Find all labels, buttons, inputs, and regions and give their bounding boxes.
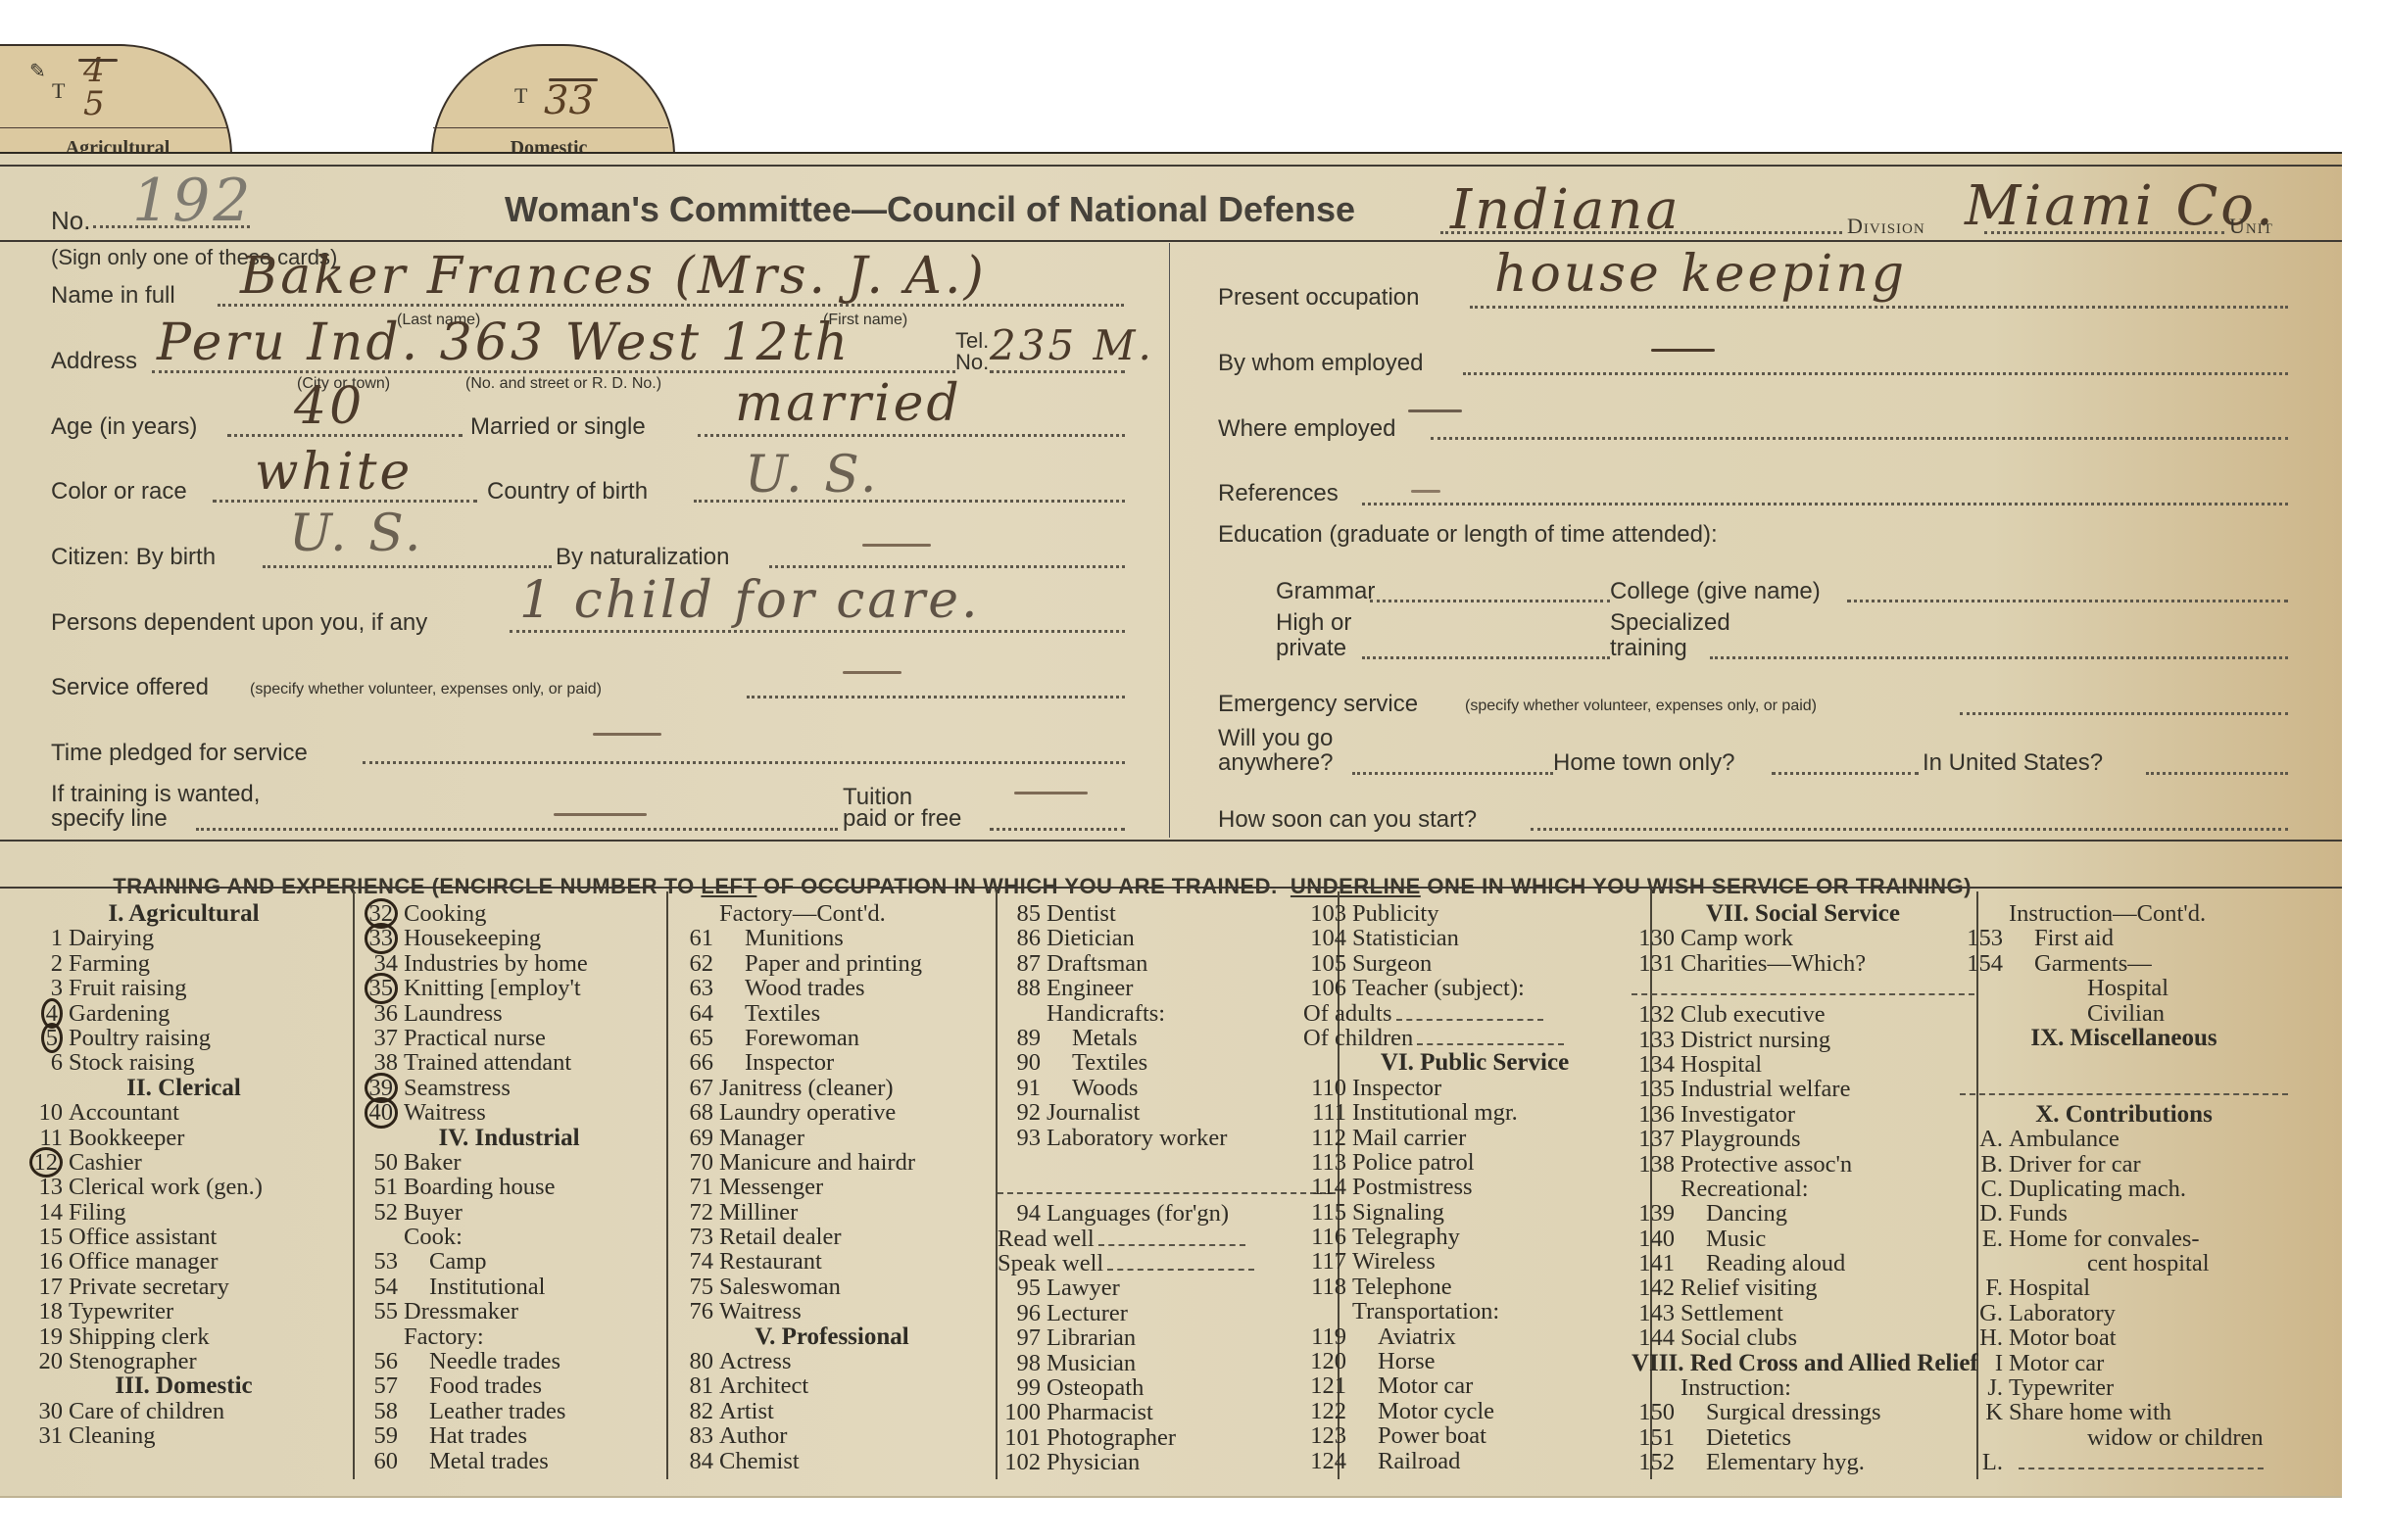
occupation-item[interactable]: 58Leather trades — [355, 1399, 663, 1423]
occupation-item[interactable]: 34Industries by home — [355, 951, 663, 976]
occupation-item[interactable]: 111Institutional mgr. — [1303, 1100, 1646, 1125]
occupation-number[interactable]: 10 — [20, 1100, 63, 1125]
occupation-number[interactable]: 141 — [1632, 1251, 1675, 1275]
age-value[interactable]: 40 — [294, 377, 365, 436]
occupation-item[interactable]: 80Actress — [670, 1349, 994, 1373]
occupation-number[interactable]: 106 — [1303, 976, 1346, 1000]
occupation-item[interactable]: 140Music — [1632, 1227, 1974, 1251]
occupation-number[interactable]: 138 — [1632, 1152, 1675, 1177]
occupation-item[interactable]: 151Dietetics — [1632, 1425, 1974, 1450]
occupation-item[interactable]: F.Hospital — [1960, 1275, 2288, 1300]
occupation-number-circled[interactable]: 5 — [20, 1026, 63, 1050]
occupation-number[interactable]: 76 — [670, 1299, 713, 1323]
occupation-label: Stenographer — [69, 1348, 197, 1374]
occupation-label: Music — [1681, 1226, 1766, 1252]
occupation-number[interactable]: 100 — [998, 1400, 1041, 1424]
occupation-number[interactable]: 59 — [355, 1423, 398, 1448]
occupation-value[interactable]: house keeping — [1494, 245, 1907, 304]
occupation-item[interactable]: 123Power boat — [1303, 1423, 1646, 1448]
occupation-item[interactable]: 83Author — [670, 1423, 994, 1448]
occupation-number[interactable]: 113 — [1303, 1150, 1346, 1175]
occupation-item[interactable]: 82Artist — [670, 1399, 994, 1423]
occupation-label: Leather trades — [404, 1398, 565, 1424]
country-value[interactable]: U. S. — [745, 446, 879, 505]
occupation-item[interactable]: 150Surgical dressings — [1632, 1400, 1974, 1424]
occupation-item[interactable]: 66Inspector — [670, 1050, 994, 1075]
occupation-item[interactable]: 67Janitress (cleaner) — [670, 1076, 994, 1100]
occupation-number-text: 19 — [39, 1323, 64, 1350]
occupation-item[interactable]: 11Bookkeeper — [20, 1126, 348, 1150]
occupation-number[interactable]: 99 — [998, 1375, 1041, 1400]
occupation-number[interactable]: 85 — [998, 901, 1041, 926]
occupation-number[interactable]: 72 — [670, 1200, 713, 1225]
occupation-item[interactable]: A.Ambulance — [1960, 1127, 2288, 1151]
occupation-number[interactable]: G. — [1960, 1301, 2003, 1325]
occupation-number[interactable]: 90 — [998, 1050, 1041, 1075]
occupation-number[interactable]: 103 — [1303, 901, 1346, 926]
occupation-item[interactable]: 118Telephone — [1303, 1275, 1646, 1299]
occupation-item[interactable]: 144Social clubs — [1632, 1325, 1974, 1350]
occupation-number[interactable]: K — [1960, 1400, 2003, 1424]
occupation-number[interactable]: 58 — [355, 1399, 398, 1423]
occupation-item[interactable]: 2Farming — [20, 951, 348, 976]
occupation-number[interactable]: 131 — [1632, 951, 1675, 976]
occupation-number[interactable]: 136 — [1632, 1102, 1675, 1127]
occupation-number[interactable]: 134 — [1632, 1052, 1675, 1077]
occupation-item[interactable]: 51Boarding house — [355, 1175, 663, 1199]
occupation-number[interactable]: 95 — [998, 1275, 1041, 1300]
occupation-item[interactable]: 133District nursing — [1632, 1028, 1974, 1052]
occupation-item[interactable]: 89Metals — [998, 1026, 1336, 1050]
occupation-item[interactable]: 13Clerical work (gen.) — [20, 1175, 348, 1199]
occupation-item[interactable]: 110Inspector — [1303, 1076, 1646, 1100]
occupation-number[interactable]: 139 — [1632, 1201, 1675, 1226]
occupation-number[interactable]: 74 — [670, 1249, 713, 1274]
occupation-number[interactable]: 87 — [998, 951, 1041, 976]
occupation-number[interactable]: 60 — [355, 1449, 398, 1473]
occupation-number[interactable]: 63 — [670, 976, 713, 1000]
occupation-number[interactable]: 88 — [998, 976, 1041, 1000]
occupation-item[interactable]: 153First aid — [1960, 926, 2288, 950]
occupation-item[interactable]: 152Elementary hyg. — [1632, 1450, 1974, 1474]
occupation-number[interactable]: 93 — [998, 1126, 1041, 1150]
occupation-item[interactable]: 30Care of children — [20, 1399, 348, 1423]
occupation-item[interactable]: 40Waitress — [355, 1100, 663, 1125]
occupation-number[interactable]: A. — [1960, 1127, 2003, 1151]
fill-in-blank[interactable] — [1396, 1019, 1543, 1021]
occupation-number[interactable]: 6 — [20, 1050, 63, 1075]
fill-in-line[interactable]: Of adults — [1303, 1001, 1646, 1026]
occupation-item[interactable]: 10Accountant — [20, 1100, 348, 1125]
occupation-number[interactable]: 80 — [670, 1349, 713, 1373]
occupation-number[interactable]: 11 — [20, 1126, 63, 1150]
fill-in-line[interactable]: Speak well — [998, 1251, 1336, 1275]
occupation-number-circled[interactable]: 39 — [355, 1076, 398, 1100]
occupation-number[interactable]: 89 — [998, 1026, 1041, 1050]
occupation-item[interactable]: 64Textiles — [670, 1001, 994, 1026]
occupation-number[interactable]: D. — [1960, 1201, 2003, 1226]
occupation-item[interactable]: 5Poultry raising — [20, 1026, 348, 1050]
occupation-number[interactable]: 3 — [20, 976, 63, 1000]
occupation-item[interactable]: 39Seamstress — [355, 1076, 663, 1100]
fill-in-blank[interactable] — [1098, 1244, 1245, 1246]
occupation-number[interactable]: 54 — [355, 1275, 398, 1299]
occupation-number-circled[interactable]: 4 — [20, 1001, 63, 1026]
street-caption: (No. and street or R. D. No.) — [465, 375, 661, 393]
occupation-number[interactable]: 91 — [998, 1076, 1041, 1100]
occupation-number[interactable]: 56 — [355, 1349, 398, 1373]
occupation-item[interactable]: 15Office assistant — [20, 1225, 348, 1249]
tab-agricultural-mark: ✎ — [29, 59, 46, 82]
occupation-number-text: F. — [1985, 1275, 2003, 1301]
occupation-item[interactable]: 139Dancing — [1632, 1201, 1974, 1226]
occupation-number[interactable]: 132 — [1632, 1002, 1675, 1027]
fill-in-blank[interactable] — [1107, 1269, 1254, 1271]
occupation-number[interactable]: 121 — [1303, 1373, 1346, 1398]
occupation-item[interactable]: 92Journalist — [998, 1100, 1336, 1125]
occupation-number[interactable]: 105 — [1303, 951, 1346, 976]
occupation-number-text: 98 — [1017, 1350, 1042, 1376]
occupation-label: Share home with — [2009, 1399, 2171, 1425]
occupation-item[interactable]: 38Trained attendant — [355, 1050, 663, 1075]
occupation-number-text: 124 — [1310, 1448, 1346, 1474]
occupation-number[interactable]: 96 — [998, 1301, 1041, 1325]
occupation-number-text: 69 — [690, 1125, 714, 1151]
occupation-number[interactable]: 50 — [355, 1150, 398, 1175]
occupation-number[interactable]: L. — [1960, 1450, 2003, 1474]
address-value[interactable]: Peru Ind. 363 West 12th — [157, 313, 851, 372]
occupation-number[interactable]: 53 — [355, 1249, 398, 1274]
occupation-number[interactable]: 153 — [1960, 926, 2003, 950]
occupation-number[interactable]: 144 — [1632, 1325, 1675, 1350]
occupation-item[interactable]: 53Camp — [355, 1249, 663, 1274]
occupation-item[interactable]: 1Dairying — [20, 926, 348, 950]
occupation-number[interactable]: 152 — [1632, 1450, 1675, 1474]
occupation-item[interactable]: 143Settlement — [1632, 1301, 1974, 1325]
occupation-item[interactable]: 52Buyer — [355, 1200, 663, 1225]
occupation-item[interactable]: 59Hat trades — [355, 1423, 663, 1448]
occupation-item[interactable]: 55Dressmaker — [355, 1299, 663, 1323]
occupation-number[interactable]: 92 — [998, 1100, 1041, 1125]
occupation-number[interactable]: 61 — [670, 926, 713, 950]
occupation-item[interactable]: 94Languages (for'gn) — [998, 1201, 1336, 1226]
occupation-item[interactable]: 84Chemist — [670, 1449, 994, 1473]
occupation-number[interactable]: 73 — [670, 1225, 713, 1249]
occupation-number[interactable]: 19 — [20, 1324, 63, 1349]
occupation-item[interactable]: 6Stock raising — [20, 1050, 348, 1075]
tab-rule — [433, 127, 668, 128]
occupation-item[interactable]: 132Club executive — [1632, 1002, 1974, 1027]
occupation-item[interactable]: 72Milliner — [670, 1200, 994, 1225]
occupation-item[interactable]: 105Surgeon — [1303, 951, 1646, 976]
occupation-number[interactable]: 104 — [1303, 926, 1346, 950]
occupation-label: Osteopath — [1047, 1374, 1144, 1401]
occupation-number[interactable]: 86 — [998, 926, 1041, 950]
occupation-number[interactable]: 97 — [998, 1325, 1041, 1350]
occupation-number[interactable]: 118 — [1303, 1275, 1346, 1299]
occupation-number[interactable]: 36 — [355, 1001, 398, 1026]
occupation-number[interactable]: 151 — [1632, 1425, 1675, 1450]
occupation-number[interactable]: 102 — [998, 1450, 1041, 1474]
occupation-item[interactable]: 98Musician — [998, 1351, 1336, 1375]
occupation-number[interactable]: C. — [1960, 1177, 2003, 1201]
occupation-number[interactable]: 62 — [670, 951, 713, 976]
occupation-item[interactable]: 112Mail carrier — [1303, 1126, 1646, 1150]
occupation-number[interactable]: 38 — [355, 1050, 398, 1075]
occupation-item[interactable]: 17Private secretary — [20, 1275, 348, 1299]
occupation-number[interactable]: 37 — [355, 1026, 398, 1050]
occupation-number[interactable]: 13 — [20, 1175, 63, 1199]
occupation-item[interactable]: 37Practical nurse — [355, 1026, 663, 1050]
occupation-number[interactable]: 75 — [670, 1275, 713, 1299]
occupation-number[interactable]: 83 — [670, 1423, 713, 1448]
occupation-number[interactable]: E. — [1960, 1227, 2003, 1251]
occupation-item[interactable]: 65Forewoman — [670, 1026, 994, 1050]
occupation-item[interactable]: 56Needle trades — [355, 1349, 663, 1373]
occupation-number[interactable]: B. — [1960, 1152, 2003, 1177]
occupation-item[interactable]: 33Housekeeping — [355, 926, 663, 950]
occupation-item[interactable]: 85Dentist — [998, 901, 1336, 926]
occupation-number-circled[interactable]: 35 — [355, 976, 398, 1000]
occupation-item[interactable]: 14Filing — [20, 1200, 348, 1225]
occupation-number[interactable]: J. — [1960, 1375, 2003, 1400]
occupation-number[interactable]: 68 — [670, 1100, 713, 1125]
occupation-item[interactable]: 138Protective assoc'n — [1632, 1152, 1974, 1177]
occupation-item[interactable]: 104Statistician — [1303, 926, 1646, 950]
married-value[interactable]: married — [735, 374, 962, 433]
occupation-item[interactable]: 122Motor cycle — [1303, 1399, 1646, 1423]
occupation-number[interactable]: 115 — [1303, 1200, 1346, 1225]
occupation-item[interactable]: 81Architect — [670, 1373, 994, 1398]
occupation-item[interactable]: 142Relief visiting — [1632, 1275, 1974, 1300]
occupation-item[interactable]: 50Baker — [355, 1150, 663, 1175]
occupation-item[interactable]: L. — [1960, 1450, 2288, 1474]
occupation-number[interactable]: 69 — [670, 1126, 713, 1150]
occupation-number[interactable]: 110 — [1303, 1076, 1346, 1100]
section-heading: X. Contributions — [1960, 1102, 2288, 1127]
occupation-number[interactable]: 84 — [670, 1449, 713, 1473]
occupation-number[interactable]: 123 — [1303, 1423, 1346, 1448]
occupation-item[interactable]: J.Typewriter — [1960, 1375, 2288, 1400]
color-value[interactable]: white — [255, 443, 413, 502]
fill-in-blank[interactable] — [1417, 1043, 1564, 1045]
occupation-item[interactable]: 71Messenger — [670, 1175, 994, 1199]
occupation-item[interactable]: 137Playgrounds — [1632, 1127, 1974, 1151]
occupation-item[interactable]: 131Charities—Which? — [1632, 951, 1974, 976]
fill-in-line[interactable]: Of children — [1303, 1026, 1646, 1050]
occupation-item[interactable]: 4Gardening — [20, 1001, 348, 1026]
occupation-item[interactable]: 54Institutional — [355, 1275, 663, 1299]
occupation-number[interactable]: 51 — [355, 1175, 398, 1199]
occupation-item[interactable]: 90Textiles — [998, 1050, 1336, 1075]
occupation-item[interactable]: 61Munitions — [670, 926, 994, 950]
page-title: Woman's Committee—Council of National De… — [505, 189, 1355, 230]
occupation-item[interactable]: 101Photographer — [998, 1425, 1336, 1450]
occupation-item[interactable]: 36Laundress — [355, 1001, 663, 1026]
occupation-number[interactable]: 124 — [1303, 1449, 1346, 1473]
occupation-item[interactable]: 3Fruit raising — [20, 976, 348, 1000]
occupation-number-circled[interactable]: 12 — [20, 1150, 63, 1175]
occupation-number[interactable]: 34 — [355, 951, 398, 976]
occupation-item[interactable]: 95Lawyer — [998, 1275, 1336, 1300]
occupation-item[interactable]: 120Horse — [1303, 1349, 1646, 1373]
occupation-number[interactable]: 18 — [20, 1299, 63, 1323]
occupation-item[interactable]: 116Telegraphy — [1303, 1225, 1646, 1249]
occupation-number[interactable]: 117 — [1303, 1249, 1346, 1274]
occupation-number[interactable]: 30 — [20, 1399, 63, 1423]
occupation-number[interactable]: 114 — [1303, 1175, 1346, 1199]
occupation-item[interactable]: D.Funds — [1960, 1201, 2288, 1226]
occupation-item[interactable]: 70Manicure and hairdr — [670, 1150, 994, 1175]
occupation-number[interactable]: 55 — [355, 1299, 398, 1323]
name-value[interactable]: Baker Frances (Mrs. J. A.) — [240, 247, 987, 306]
occupation-number[interactable]: 142 — [1632, 1275, 1675, 1300]
occupation-item[interactable]: 69Manager — [670, 1126, 994, 1150]
occupation-number[interactable]: 122 — [1303, 1399, 1346, 1423]
occupation-item[interactable]: 62Paper and printing — [670, 951, 994, 976]
occupation-number[interactable]: 20 — [20, 1349, 63, 1373]
dependents-value[interactable]: 1 child for care. — [519, 571, 981, 630]
occupation-number[interactable]: 52 — [355, 1200, 398, 1225]
occupation-number[interactable]: 57 — [355, 1373, 398, 1398]
occupation-item[interactable]: 88Engineer — [998, 976, 1336, 1000]
occupation-number[interactable]: 112 — [1303, 1126, 1346, 1150]
occupation-item[interactable]: G.Laboratory — [1960, 1301, 2288, 1325]
occupation-item[interactable]: B.Driver for car — [1960, 1152, 2288, 1177]
occupation-item[interactable]: 31Cleaning — [20, 1423, 348, 1448]
no-value[interactable]: 192 — [132, 167, 254, 235]
occupation-number[interactable]: 81 — [670, 1373, 713, 1398]
occupation-item[interactable]: IMotor car — [1960, 1351, 2288, 1375]
age-label: Age (in years) — [51, 413, 197, 441]
occupation-item[interactable]: 16Office manager — [20, 1249, 348, 1274]
occupation-item[interactable]: 86Dietician — [998, 926, 1336, 950]
occupation-item[interactable]: 141Reading aloud — [1632, 1251, 1974, 1275]
occupation-item[interactable]: 74Restaurant — [670, 1249, 994, 1274]
fill-in-blank[interactable] — [2019, 1468, 2264, 1469]
occupation-number[interactable]: 143 — [1632, 1301, 1675, 1325]
occupation-number[interactable]: 71 — [670, 1175, 713, 1199]
occupation-item[interactable]: 117Wireless — [1303, 1249, 1646, 1274]
occupation-number[interactable]: 16 — [20, 1249, 63, 1274]
occupation-item[interactable]: 115Signaling — [1303, 1200, 1646, 1225]
occupation-item[interactable]: 19Shipping clerk — [20, 1324, 348, 1349]
occupation-number[interactable]: 65 — [670, 1026, 713, 1050]
occupation-item[interactable]: 87Draftsman — [998, 951, 1336, 976]
occupation-number[interactable]: 82 — [670, 1399, 713, 1423]
occupation-item[interactable]: 154Garments— — [1960, 951, 2288, 976]
occupation-item[interactable]: C.Duplicating mach. — [1960, 1177, 2288, 1201]
occupation-number[interactable]: 66 — [670, 1050, 713, 1075]
occupation-item[interactable]: 100Pharmacist — [998, 1400, 1336, 1424]
occupation-number[interactable]: 98 — [998, 1351, 1041, 1375]
occupation-item[interactable]: 106Teacher (subject): — [1303, 976, 1646, 1000]
occupation-label: Camp — [404, 1248, 487, 1275]
occupation-item[interactable]: 103Publicity — [1303, 901, 1646, 926]
occupation-number-circled[interactable]: 33 — [355, 926, 398, 950]
occupation-number[interactable]: 101 — [998, 1425, 1041, 1450]
occupation-number[interactable]: 150 — [1632, 1400, 1675, 1424]
occupation-item[interactable]: 99Osteopath — [998, 1375, 1336, 1400]
occupation-number[interactable]: 133 — [1632, 1028, 1675, 1052]
occupation-number-text: 136 — [1638, 1101, 1675, 1128]
occupation-item[interactable]: 63Wood trades — [670, 976, 994, 1000]
citizen-value[interactable]: U. S. — [289, 505, 423, 563]
occupation-item[interactable]: 134Hospital — [1632, 1052, 1974, 1077]
occupation-item[interactable]: 32Cooking — [355, 901, 663, 926]
fill-in-line[interactable]: Read well — [998, 1227, 1336, 1251]
occupation-item[interactable]: E.Home for convales- — [1960, 1227, 2288, 1251]
occupation-item[interactable]: 119Aviatrix — [1303, 1324, 1646, 1349]
occupation-number[interactable]: F. — [1960, 1275, 2003, 1300]
occupation-item[interactable]: 12Cashier — [20, 1150, 348, 1175]
occupation-item[interactable]: 124Railroad — [1303, 1449, 1646, 1473]
occupation-number-circled[interactable]: 40 — [355, 1100, 398, 1125]
occupation-item[interactable]: 60Metal trades — [355, 1449, 663, 1473]
occupation-item[interactable]: 68Laundry operative — [670, 1100, 994, 1125]
education-label: Education (graduate or length of time at… — [1218, 521, 1718, 549]
occupation-number[interactable]: 116 — [1303, 1225, 1346, 1249]
occupation-number[interactable]: 14 — [20, 1200, 63, 1225]
occupation-item[interactable]: 135Industrial welfare — [1632, 1077, 1974, 1101]
occupation-item[interactable]: 18Typewriter — [20, 1299, 348, 1323]
occupation-item[interactable]: 35Knitting [employ't — [355, 976, 663, 1000]
occupation-number[interactable]: 17 — [20, 1275, 63, 1299]
occupation-number[interactable]: I — [1960, 1351, 2003, 1375]
occupation-item[interactable]: 73Retail dealer — [670, 1225, 994, 1249]
occupation-item[interactable]: 121Motor car — [1303, 1373, 1646, 1398]
occupation-item[interactable]: 96Lecturer — [998, 1301, 1336, 1325]
occupation-number[interactable]: H. — [1960, 1325, 2003, 1350]
occupation-number[interactable]: 130 — [1632, 926, 1675, 950]
occupation-number[interactable]: 111 — [1303, 1100, 1346, 1125]
occupation-item[interactable]: 130Camp work — [1632, 926, 1974, 950]
occupation-item[interactable]: 136Investigator — [1632, 1102, 1974, 1127]
occupation-number[interactable]: 135 — [1632, 1077, 1675, 1101]
occupation-item[interactable]: 76Waitress — [670, 1299, 994, 1323]
occupation-number[interactable]: 1 — [20, 926, 63, 950]
occupation-item[interactable]: KShare home with — [1960, 1400, 2288, 1424]
occupation-item[interactable]: H.Motor boat — [1960, 1325, 2288, 1350]
occupation-number[interactable]: 119 — [1303, 1324, 1346, 1349]
occupation-number[interactable]: 31 — [20, 1423, 63, 1448]
occupation-label: Filing — [69, 1199, 126, 1226]
occupation-number[interactable]: 137 — [1632, 1127, 1675, 1151]
occupation-item[interactable]: 102Physician — [998, 1450, 1336, 1474]
occupation-number[interactable]: 154 — [1960, 951, 2003, 976]
occupation-item[interactable]: 97Librarian — [998, 1325, 1336, 1350]
occupation-number[interactable]: 120 — [1303, 1349, 1346, 1373]
occupation-number-text: 13 — [39, 1174, 64, 1200]
occupation-item[interactable]: 114Postmistress — [1303, 1175, 1646, 1199]
occupation-number[interactable]: 140 — [1632, 1227, 1675, 1251]
occupation-item[interactable]: 93Laboratory worker — [998, 1126, 1336, 1150]
occupation-number[interactable]: 15 — [20, 1225, 63, 1249]
occupation-item[interactable]: 57Food trades — [355, 1373, 663, 1398]
occupation-label: Funds — [2009, 1200, 2068, 1227]
occupation-item[interactable]: 75Saleswoman — [670, 1275, 994, 1299]
occupation-number[interactable]: 67 — [670, 1076, 713, 1100]
occupation-number[interactable]: 2 — [20, 951, 63, 976]
tel-value[interactable]: 235 M. — [990, 321, 1154, 369]
occupation-item[interactable]: 91Woods — [998, 1076, 1336, 1100]
occupation-number[interactable]: 70 — [670, 1150, 713, 1175]
hometown-field-line — [1772, 772, 1919, 775]
occupation-number[interactable]: 94 — [998, 1201, 1041, 1226]
occupation-item[interactable]: 113Police patrol — [1303, 1150, 1646, 1175]
occupation-number[interactable]: 64 — [670, 1001, 713, 1026]
occupation-item[interactable]: 20Stenographer — [20, 1349, 348, 1373]
